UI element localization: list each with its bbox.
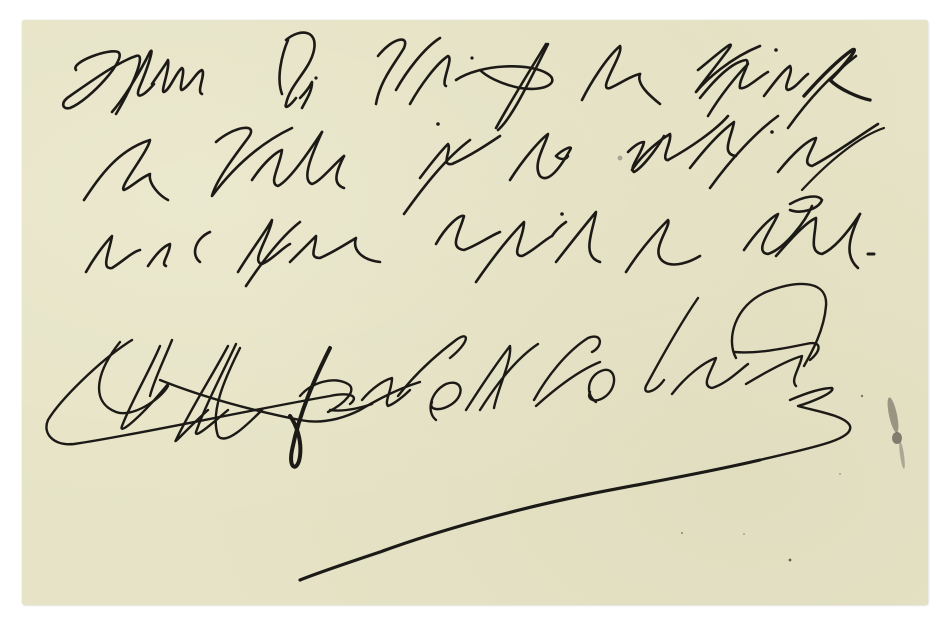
handwritten-signature xyxy=(46,284,850,467)
signature-underline xyxy=(300,460,760,580)
handwriting-ink xyxy=(0,0,940,625)
handwritten-line-1 xyxy=(63,33,870,130)
handwritten-line-2 xyxy=(84,116,884,214)
handwritten-line-3 xyxy=(86,197,874,286)
page: Wenn die Kunst der Spiegel der Welt ist,… xyxy=(0,0,940,625)
